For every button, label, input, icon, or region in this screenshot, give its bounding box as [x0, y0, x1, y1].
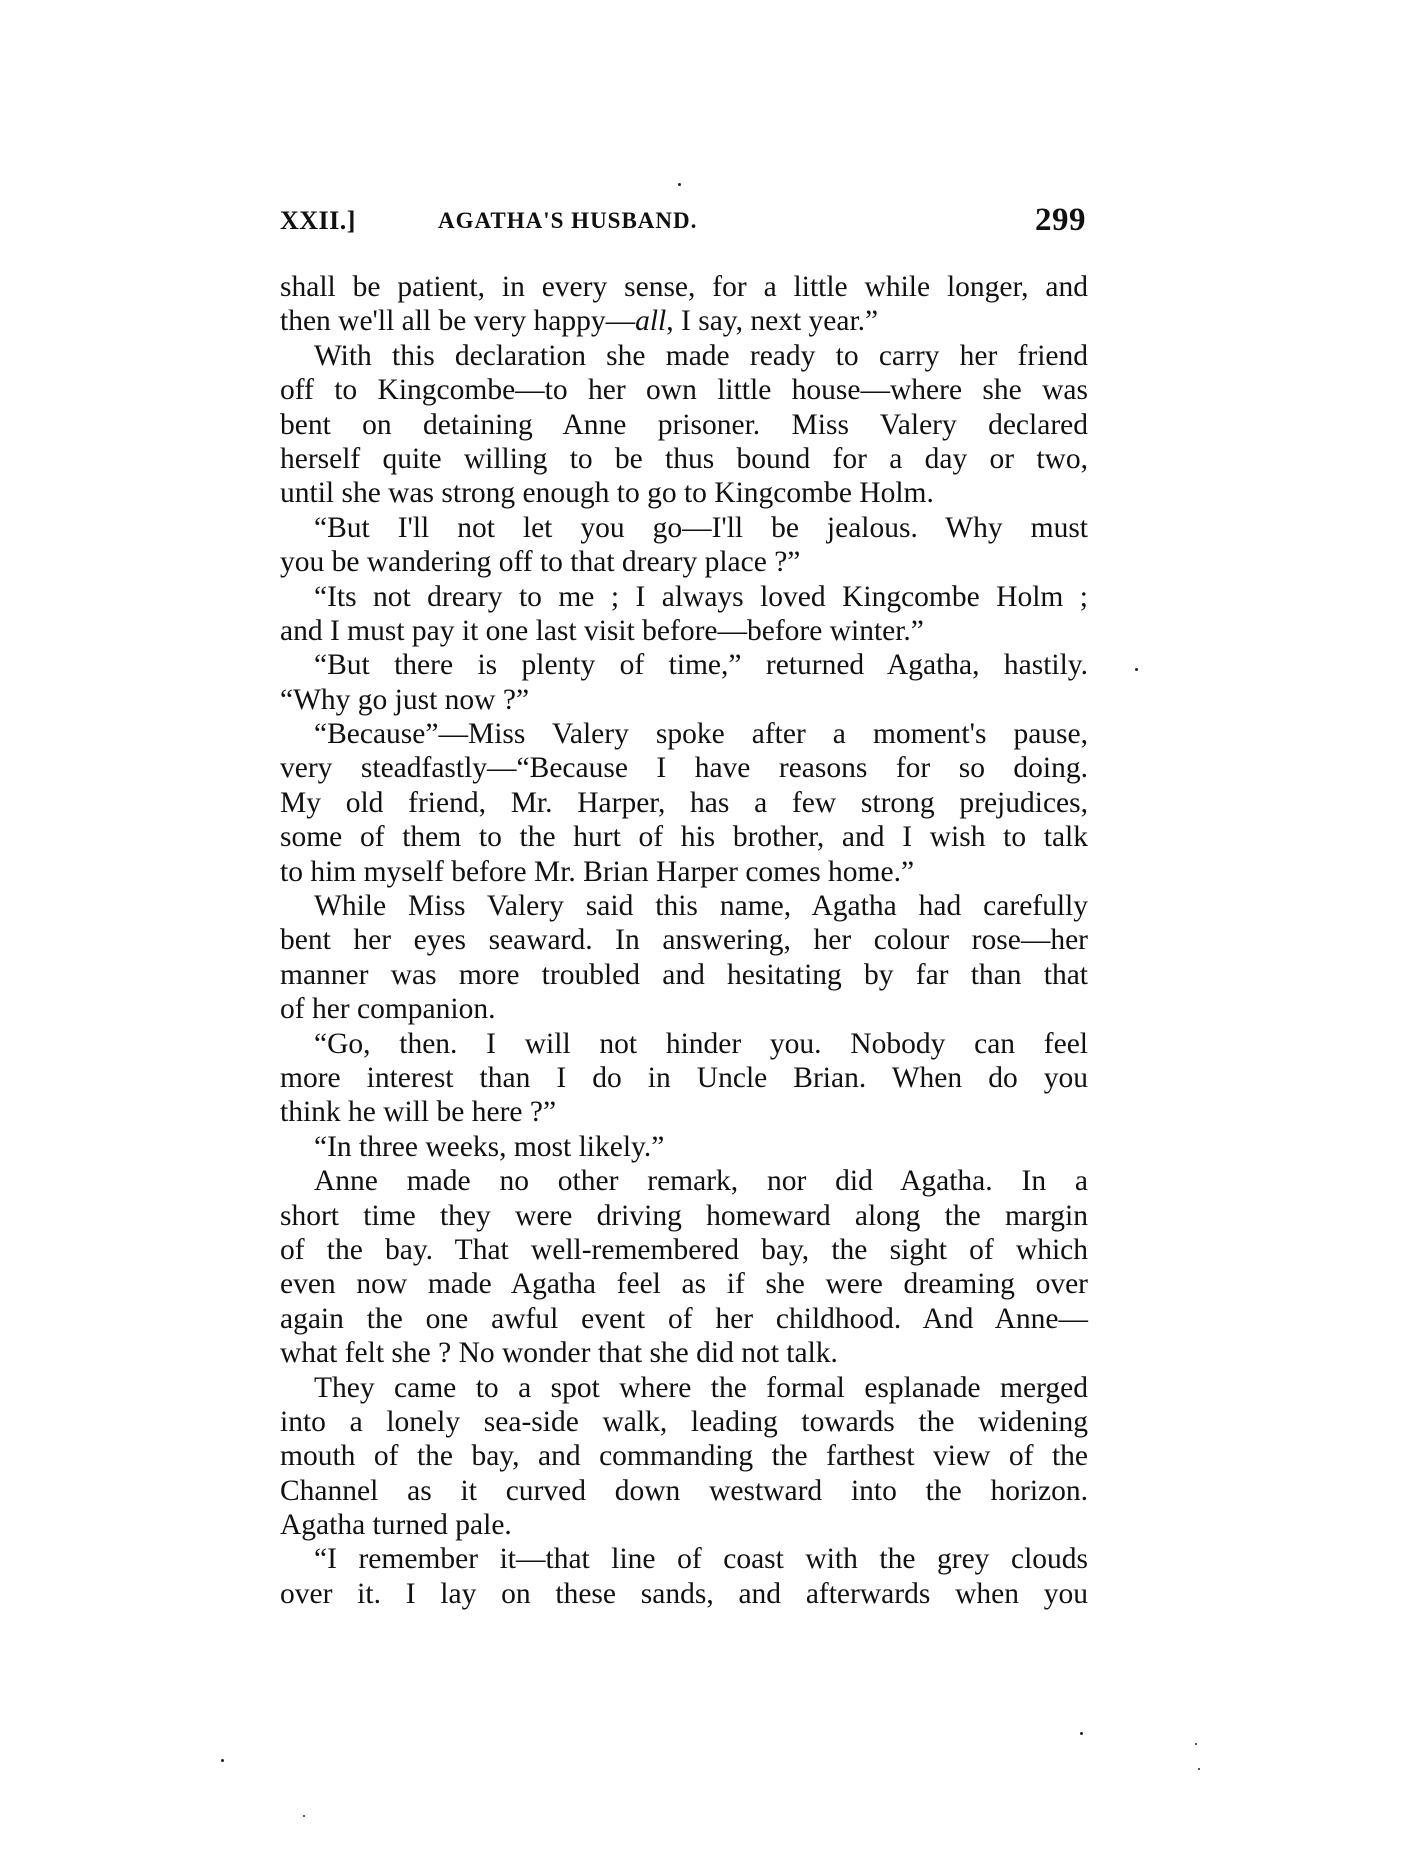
text-line: think he will be here ?” — [280, 1095, 1088, 1129]
scan-speck — [1198, 1768, 1200, 1770]
text-line: “But I'll not let you go—I'll be jealous… — [280, 511, 1088, 545]
running-head: XXII.] AGATHA'S HUSBAND. 299 — [280, 206, 1088, 246]
scan-speck — [303, 1815, 305, 1817]
text-segment: , I say, next year.” — [666, 305, 878, 337]
text-line: herself quite willing to be thus bound f… — [280, 442, 1088, 476]
running-title: AGATHA'S HUSBAND. — [438, 208, 697, 234]
text-line: until she was strong enough to go to Kin… — [280, 476, 1088, 510]
text-line: into a lonely sea-side walk, leading tow… — [280, 1405, 1088, 1439]
text-line: some of them to the hurt of his brother,… — [280, 820, 1088, 854]
text-line: what felt she ? No wonder that she did n… — [280, 1336, 1088, 1370]
text-line: over it. I lay on these sands, and after… — [280, 1577, 1088, 1611]
text-line: very steadfastly—“Because I have reasons… — [280, 751, 1088, 785]
text-line: “Its not dreary to me ; I always loved K… — [280, 580, 1088, 614]
text-line: manner was more troubled and hesitating … — [280, 958, 1088, 992]
scan-speck — [1135, 668, 1138, 671]
text-line: then we'll all be very happy—all, I say,… — [280, 304, 1088, 338]
text-line: of the bay. That well-remembered bay, th… — [280, 1233, 1088, 1267]
text-line: bent her eyes seaward. In answering, her… — [280, 923, 1088, 957]
text-line: Channel as it curved down westward into … — [280, 1474, 1088, 1508]
text-line: My old friend, Mr. Harper, has a few str… — [280, 786, 1088, 820]
scan-speck — [1080, 1732, 1083, 1735]
text-line: While Miss Valery said this name, Agatha… — [280, 889, 1088, 923]
text-line: With this declaration she made ready to … — [280, 339, 1088, 373]
italic-emphasis: all — [635, 305, 666, 337]
text-line: “Why go just now ?” — [280, 683, 1088, 717]
text-line: you be wandering off to that dreary plac… — [280, 545, 1088, 579]
scan-speck — [221, 1759, 224, 1762]
scan-speck — [678, 183, 681, 186]
body-text: shall be patient, in every sense, for a … — [280, 270, 1088, 1611]
text-line: again the one awful event of her childho… — [280, 1302, 1088, 1336]
text-line: to him myself before Mr. Brian Harper co… — [280, 855, 1088, 889]
text-line: “In three weeks, most likely.” — [280, 1130, 1088, 1164]
text-line: shall be patient, in every sense, for a … — [280, 270, 1088, 304]
text-line: Anne made no other remark, nor did Agath… — [280, 1164, 1088, 1198]
text-segment: then we'll all be very happy— — [280, 305, 635, 337]
text-line: “But there is plenty of time,” returned … — [280, 648, 1088, 682]
text-line: “I remember it—that line of coast with t… — [280, 1542, 1088, 1576]
text-line: and I must pay it one last visit before—… — [280, 614, 1088, 648]
text-line: “Because”—Miss Valery spoke after a mome… — [280, 717, 1088, 751]
scan-speck — [1195, 1743, 1197, 1745]
text-line: mouth of the bay, and commanding the far… — [280, 1439, 1088, 1473]
text-line: more interest than I do in Uncle Brian. … — [280, 1061, 1088, 1095]
book-page: XXII.] AGATHA'S HUSBAND. 299 shall be pa… — [0, 0, 1401, 1851]
chapter-number: XXII.] — [280, 206, 356, 236]
text-line: bent on detaining Anne prisoner. Miss Va… — [280, 408, 1088, 442]
text-line: of her companion. — [280, 992, 1088, 1026]
text-line: They came to a spot where the formal esp… — [280, 1371, 1088, 1405]
text-line: off to Kingcombe—to her own little house… — [280, 373, 1088, 407]
page-number: 299 — [1035, 202, 1086, 239]
text-line: short time they were driving homeward al… — [280, 1199, 1088, 1233]
text-line: “Go, then. I will not hinder you. Nobody… — [280, 1027, 1088, 1061]
text-line: Agatha turned pale. — [280, 1508, 1088, 1542]
text-line: even now made Agatha feel as if she were… — [280, 1267, 1088, 1301]
